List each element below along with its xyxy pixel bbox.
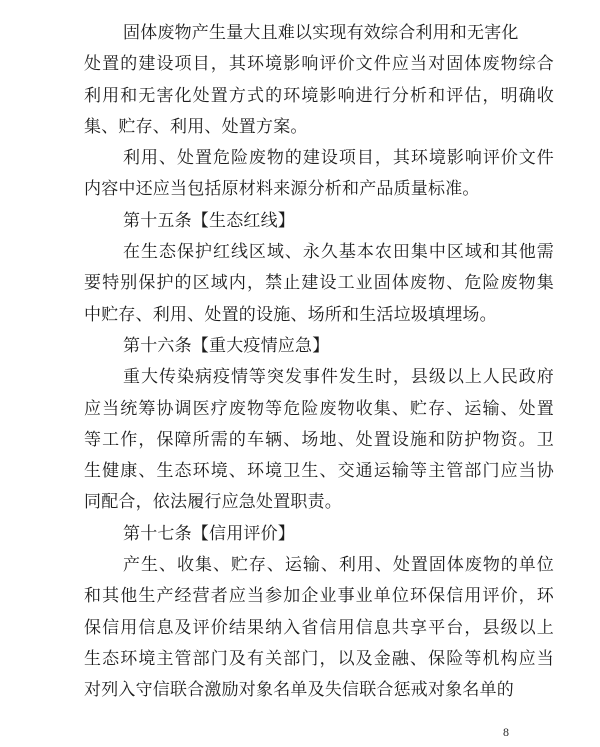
article-heading: 第十六条【重大疫情应急】: [84, 330, 554, 361]
text-line: 和其他生产经营者应当参加企业事业单位环保信用评价，环: [84, 580, 554, 611]
text-line: 要特别保护的区域内，禁止建设工业固体废物、危险废物集: [84, 267, 554, 298]
text-line: 对列入守信联合激励对象名单及失信联合惩戒对象名单的: [84, 674, 554, 705]
text-line: 利用和无害化处置方式的环境影响进行分析和评估，明确收: [84, 80, 554, 111]
text-line: 等工作，保障所需的车辆、场地、处置设施和防护物资。卫: [84, 424, 554, 455]
page-number: 8: [503, 725, 509, 739]
document-body: 固体废物产生量大且难以实现有效综合利用和无害化 处置的建设项目，其环境影响评价文…: [84, 17, 554, 706]
article-heading: 第十七条【信用评价】: [84, 518, 554, 549]
text-line: 中贮存、利用、处置的设施、场所和生活垃圾填埋场。: [84, 299, 554, 330]
text-line: 固体废物产生量大且难以实现有效综合利用和无害化: [84, 17, 554, 48]
text-line: 集、贮存、利用、处置方案。: [84, 111, 554, 142]
text-line: 应当统筹协调医疗废物等危险废物收集、贮存、运输、处置: [84, 393, 554, 424]
text-line: 在生态保护红线区域、永久基本农田集中区域和其他需: [84, 236, 554, 267]
document-page: 固体废物产生量大且难以实现有效综合利用和无害化 处置的建设项目，其环境影响评价文…: [0, 0, 600, 747]
text-line: 重大传染病疫情等突发事件发生时，县级以上人民政府: [84, 361, 554, 392]
text-line: 同配合，依法履行应急处置职责。: [84, 486, 554, 517]
text-line: 生态环境主管部门及有关部门，以及金融、保险等机构应当: [84, 643, 554, 674]
text-line: 内容中还应当包括原材料来源分析和产品质量标准。: [84, 173, 554, 204]
article-heading: 第十五条【生态红线】: [84, 205, 554, 236]
text-line: 产生、收集、贮存、运输、利用、处置固体废物的单位: [84, 549, 554, 580]
text-line: 生健康、生态环境、环境卫生、交通运输等主管部门应当协: [84, 455, 554, 486]
text-line: 保信用信息及评价结果纳入省信用信息共享平台，县级以上: [84, 612, 554, 643]
text-line: 利用、处置危险废物的建设项目，其环境影响评价文件: [84, 142, 554, 173]
text-line: 处置的建设项目，其环境影响评价文件应当对固体废物综合: [84, 48, 554, 79]
